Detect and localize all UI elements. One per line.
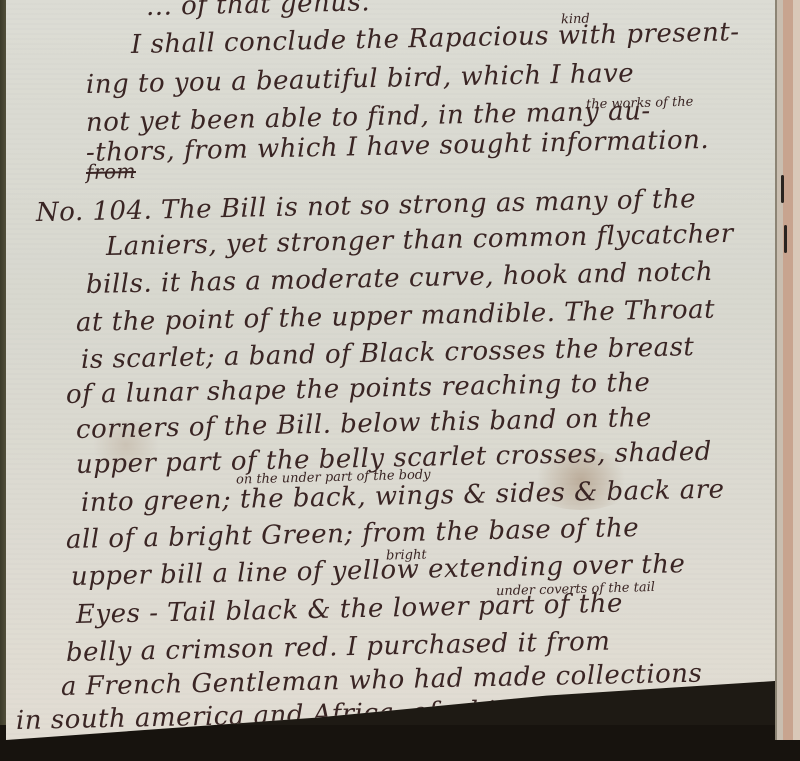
manuscript-line: a French Gentleman who had made collecti… (61, 659, 703, 702)
struck-word: from (86, 159, 136, 184)
manuscript-line: -thors, from which I have sought informa… (86, 125, 710, 168)
insertion-note: on the under part of the body (236, 467, 431, 487)
manuscript-line: is scarlet; a band of Black crosses the … (81, 332, 695, 375)
ink-stain (86, 420, 166, 470)
manuscript-line: not yet been able to find, in the many a… (86, 96, 651, 138)
manuscript-page: ... of that genus. kind I shall conclude… (6, 0, 778, 740)
insertion-note: the works of the (586, 95, 694, 113)
manuscript-line: Eyes - Tail black & the lower part of th… (76, 589, 623, 630)
manuscript-line: bills. it has a moderate curve, hook and… (86, 257, 714, 300)
page-binding-strip (775, 0, 800, 740)
binding-stitch (784, 225, 787, 253)
insertion-note: under coverts of the tail (496, 580, 655, 599)
manuscript-line: ... of that genus. (146, 0, 371, 22)
manuscript-line: into green; the back, wings & sides & ba… (81, 475, 725, 518)
manuscript-line: corners of the Bill. below this band on … (76, 403, 652, 445)
manuscript-line: ing to you a beautiful bird, which I hav… (86, 59, 635, 100)
manuscript-line: Laniers, yet stronger than common flycat… (106, 219, 734, 262)
manuscript-line-entry: No. 104. The Bill is not so strong as ma… (36, 184, 697, 228)
manuscript-line: belly a crimson red. I purchased it from (66, 627, 611, 668)
manuscript-line: upper part of the belly scarlet crosses,… (76, 437, 712, 480)
manuscript-line: all of a bright Green; from the base of … (66, 513, 640, 555)
binding-stitch (781, 175, 784, 203)
insertion-note: bright (386, 547, 427, 563)
manuscript-line: upper bill a line of yellow extending ov… (71, 549, 686, 592)
manuscript-line: I shall conclude the Rapacious with pres… (131, 17, 740, 60)
insertion-note: kind (561, 12, 590, 28)
ink-stain (526, 450, 636, 510)
manuscript-line: of a lunar shape the points reaching to … (66, 368, 651, 410)
manuscript-line: at the point of the upper mandible. The … (76, 295, 716, 338)
